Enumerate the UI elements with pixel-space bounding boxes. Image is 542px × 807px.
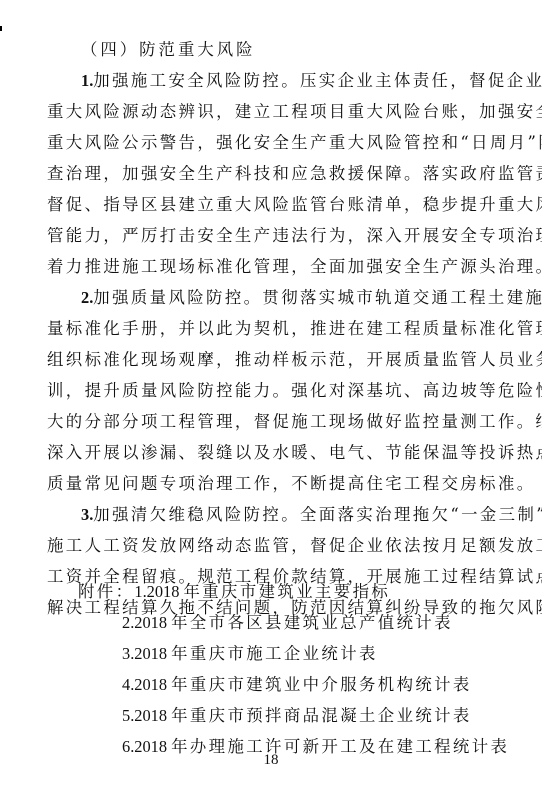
margin-mark (0, 26, 2, 31)
paragraph-number: 3. (81, 505, 93, 524)
paragraph-line: 重大风险源动态辨识，建立工程项目重大风险台账，加强安全生产 (47, 96, 499, 127)
paragraph-1: 1.加强施工安全风险防控。压实企业主体责任，督促企业强化 重大风险源动态辨识，建… (47, 65, 499, 282)
attachment-item: 附件：1.2018年重庆市建筑业主要指标 (78, 576, 498, 607)
paragraph-number: 2. (81, 288, 93, 307)
attachment-title: 年全市各区县建筑业总产值统计表 (171, 613, 453, 632)
paragraph-line: 查治理，加强安全生产科技和应急救援保障。落实政府监管责任， (47, 158, 499, 189)
paragraph-number: 1. (81, 71, 93, 90)
paragraph-line: 量标准化手册，并以此为契机，推进在建工程质量标准化管理， (47, 313, 499, 344)
page-number: 18 (0, 752, 542, 769)
attachment-title: 年重庆市施工企业统计表 (171, 644, 378, 663)
paragraph-line: 大的分部分项工程管理，督促施工现场做好监控量测工作。继续 (47, 406, 499, 437)
paragraph-2: 2.加强质量风险防控。贯彻落实城市轨道交通工程土建施工质 量标准化手册，并以此为… (47, 282, 499, 499)
attachment-number: 5.2018 (122, 706, 167, 725)
paragraph-line: 督促、指导区县建立重大风险监管台账清单，稳步提升重大风险监 (47, 189, 499, 220)
attachments-label: 附件： (78, 582, 134, 601)
attachment-item: 4.2018年重庆市建筑业中介服务机构统计表 (78, 669, 498, 700)
paragraph-line: 组织标准化现场观摩，推动样板示范，开展质量监管人员业务培 (47, 344, 499, 375)
attachment-item: 2.2018年全市各区县建筑业总产值统计表 (78, 607, 498, 638)
paragraph-line: 训，提升质量风险防控能力。强化对深基坑、高边坡等危险性较 (47, 375, 499, 406)
paragraph-line: 重大风险公示警告，强化安全生产重大风险管控和“日周月”隐患排 (47, 127, 499, 158)
paragraph-line: 深入开展以渗漏、裂缝以及水暖、电气、节能保温等投诉热点的 (47, 437, 499, 468)
attachment-number: 4.2018 (122, 675, 167, 694)
attachment-number: 3.2018 (122, 644, 167, 663)
line-text: 加强清欠维稳风险防控。全面落实治理拖欠“一金三制”，实 (93, 505, 542, 524)
line-text: 加强质量风险防控。贯彻落实城市轨道交通工程土建施工质 (93, 288, 542, 307)
attachment-number: 2.2018 (122, 613, 167, 632)
line-text: 加强施工安全风险防控。压实企业主体责任，督促企业强化 (93, 71, 542, 90)
attachment-item: 3.2018年重庆市施工企业统计表 (78, 638, 498, 669)
paragraph-line: 质量常见问题专项治理工作，不断提高住宅工程交房标准。 (47, 468, 499, 499)
paragraph-line: 3.加强清欠维稳风险防控。全面落实治理拖欠“一金三制”，实 (47, 499, 499, 530)
attachment-title: 年重庆市预拌商品混凝土企业统计表 (171, 706, 472, 725)
document-body: （四）防范重大风险 1.加强施工安全风险防控。压实企业主体责任，督促企业强化 重… (47, 34, 499, 623)
attachment-title: 年重庆市建筑业中介服务机构统计表 (171, 675, 472, 694)
attachments-list: 附件：1.2018年重庆市建筑业主要指标 2.2018年全市各区县建筑业总产值统… (78, 576, 498, 762)
paragraph-line: 管能力，严厉打击安全生产违法行为，深入开展安全专项治理行动， (47, 220, 499, 251)
attachment-number: 1.2018 (134, 582, 179, 601)
paragraph-line: 2.加强质量风险防控。贯彻落实城市轨道交通工程土建施工质 (47, 282, 499, 313)
attachment-item: 5.2018年重庆市预拌商品混凝土企业统计表 (78, 700, 498, 731)
attachment-title: 年重庆市建筑业主要指标 (183, 582, 390, 601)
paragraph-line: 施工人工资发放网络动态监管，督促企业依法按月足额发放工人 (47, 530, 499, 561)
section-heading: （四）防范重大风险 (47, 34, 499, 65)
paragraph-line: 1.加强施工安全风险防控。压实企业主体责任，督促企业强化 (47, 65, 499, 96)
paragraph-line: 着力推进施工现场标准化管理，全面加强安全生产源头治理。 (47, 251, 499, 282)
